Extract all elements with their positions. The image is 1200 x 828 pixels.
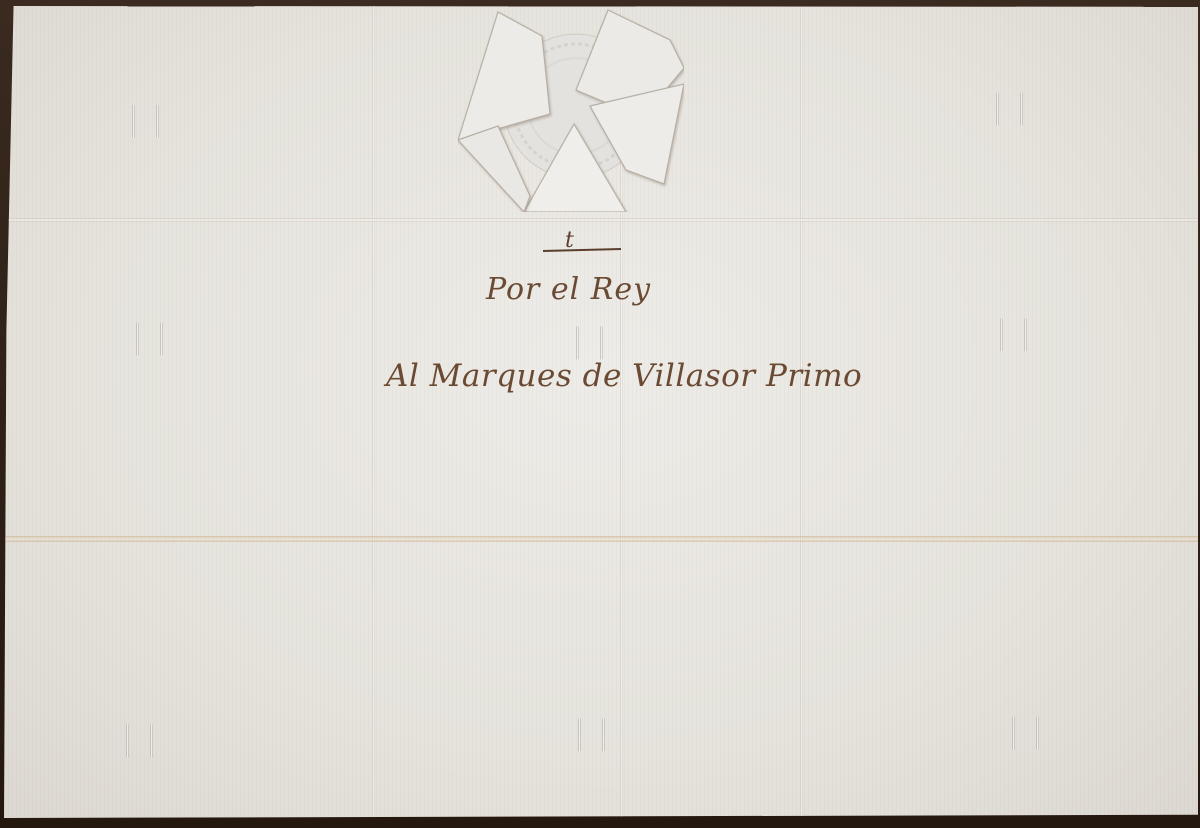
slit-marks xyxy=(126,104,166,140)
address-line-2: Al Marques de Villasor Primo xyxy=(386,358,862,394)
slit-marks xyxy=(1006,716,1046,752)
seal-icon xyxy=(458,6,684,212)
slit-marks xyxy=(120,724,160,760)
slit-marks xyxy=(570,326,610,362)
cross-mark: t xyxy=(565,228,574,253)
fold-crease-vertical xyxy=(372,6,375,818)
fold-crease-vertical xyxy=(800,6,803,818)
address-line-1: Por el Rey xyxy=(486,272,651,307)
fold-crease-horizontal xyxy=(4,536,1198,542)
slit-marks xyxy=(990,92,1030,128)
slit-marks xyxy=(994,318,1034,354)
slit-marks xyxy=(572,718,612,754)
fold-crease-horizontal xyxy=(4,218,1198,222)
slit-marks xyxy=(130,322,170,358)
